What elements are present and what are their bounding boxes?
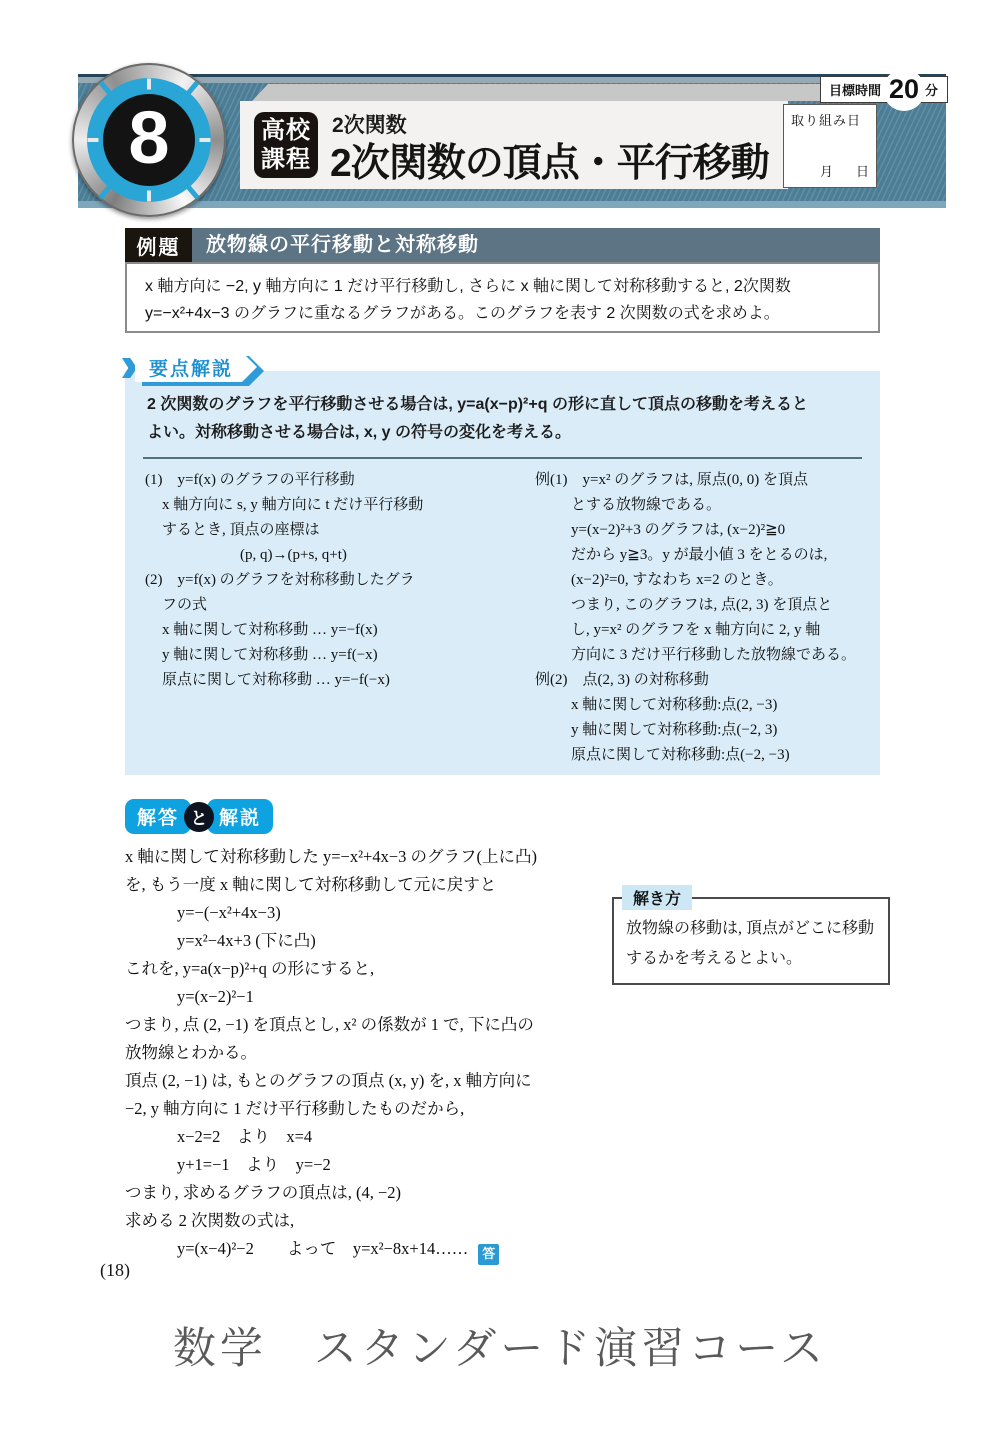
solution-line: 放物線とわかる。 <box>125 1039 880 1067</box>
solution-badge-middle: と <box>184 802 214 832</box>
solution-line: y=(x−2)²−1 <box>125 983 880 1011</box>
key-point-line: するとき, 頂点の座標は <box>145 518 535 543</box>
key-point-line: (x−2)²=0, すなわち x=2 のとき。 <box>535 568 875 593</box>
target-time-unit: 分 <box>925 80 938 99</box>
solution-line: 頂点 (2, −1) は, もとのグラフの頂点 (x, y) を, x 軸方向に <box>125 1067 880 1095</box>
work-date-box: 取り組み日 月 日 <box>783 104 877 188</box>
solution-answer-line: y=(x−4)²−2 よって y=x²−8x+14……答 <box>125 1235 880 1265</box>
key-points-label-text: 要点解説 <box>135 352 257 382</box>
key-point-line: し, y=x² のグラフを x 軸方向に 2, y 軸 <box>535 618 875 643</box>
medal-notch-icon <box>88 138 99 142</box>
work-date-month: 月 <box>820 161 833 180</box>
key-point-line: だから y≧3。y が最小値 3 をとるのは, <box>535 543 875 568</box>
course-name: 数学 スタンダード演習コース <box>0 1315 1000 1376</box>
solution-line: −2, y 軸方向に 1 だけ平行移動したものだから, <box>125 1095 880 1123</box>
target-time-text: 目標時間 <box>829 80 881 99</box>
divider <box>143 457 862 459</box>
lesson-number: 8 <box>128 101 169 179</box>
key-point-line: 例(1) y=x² のグラフは, 原点(0, 0) を頂点 <box>535 468 875 493</box>
key-point-line: x 軸に関して対称移動:点(2, −3) <box>535 693 875 718</box>
key-point-line: x 軸方向に s, y 軸方向に t だけ平行移動 <box>145 493 535 518</box>
lesson-title: 2次関数の頂点・平行移動 <box>330 132 769 188</box>
problem-line: x 軸方向に −2, y 軸方向に 1 だけ平行移動し, さらに x 軸に関して… <box>145 273 860 300</box>
medal-center: 8 <box>103 94 195 186</box>
key-point-line: 方向に 3 だけ平行移動した放物線である。 <box>535 643 875 668</box>
key-point-line: つまり, このグラフは, 点(2, 3) を頂点と <box>535 593 875 618</box>
answer-mark: 答 <box>478 1244 499 1265</box>
solution-badge: 解答 と 解説 <box>125 799 273 834</box>
key-point-line: 原点に関して対称移動:点(−2, −3) <box>535 743 875 768</box>
lesson-number-medal: 8 <box>72 63 226 217</box>
key-points-label: 要点解説 <box>122 352 282 384</box>
example-label: 例題 <box>125 228 192 262</box>
banner-top-strip <box>78 77 946 83</box>
solution-line: を, もう一度 x 軸に関して対称移動して元に戻すと <box>125 871 880 899</box>
medal-notch-icon <box>147 191 151 202</box>
key-point-line: y 軸に関して対称移動:点(−2, 3) <box>535 718 875 743</box>
page-number: (18) <box>100 1260 130 1281</box>
solution-badge-left: 解答 <box>125 799 191 834</box>
solution-line: つまり, 求めるグラフの頂点は, (4, −2) <box>125 1179 880 1207</box>
solution-line: 求める 2 次関数の式は, <box>125 1207 880 1235</box>
hint-box-label: 解き方 <box>622 885 692 910</box>
course-badge-line2: 課程 <box>254 145 318 174</box>
banner-bottom-strip <box>78 201 946 208</box>
problem-line: y=−x²+4x−3 のグラフに重なるグラフがある。このグラフを表す 2 次関数… <box>145 300 860 327</box>
key-point-line: 原点に関して対称移動 … y=−f(−x) <box>145 668 535 693</box>
hint-box: 解き方 放物線の移動は, 頂点がどこに移動するかを考えるとよい。 <box>612 897 890 985</box>
key-point-line: とする放物線である。 <box>535 493 875 518</box>
problem-box: x 軸方向に −2, y 軸方向に 1 だけ平行移動し, さらに x 軸に関して… <box>125 262 880 333</box>
medal-notch-icon <box>147 79 151 90</box>
solution-badge-right: 解説 <box>207 799 273 834</box>
hint-box-text: 放物線の移動は, 頂点がどこに移動するかを考えるとよい。 <box>614 899 888 974</box>
example-title: 放物線の平行移動と対称移動 <box>192 228 880 262</box>
target-time-label: 目標時間 20 分 <box>820 76 948 103</box>
example-header: 例題 放物線の平行移動と対称移動 <box>125 228 880 262</box>
course-badge-line1: 高校 <box>254 116 318 145</box>
key-point-line: (2) y=f(x) のグラフを対称移動したグラ <box>145 568 535 593</box>
key-points-right-column: 例(1) y=x² のグラフは, 原点(0, 0) を頂点 とする放物線である。… <box>535 468 875 768</box>
key-points-intro-line: 2 次関数のグラフを平行移動させる場合は, y=a(x−p)²+q の形に直して… <box>147 391 860 419</box>
key-points-columns: (1) y=f(x) のグラフの平行移動 x 軸方向に s, y 軸方向に t … <box>125 468 880 768</box>
key-point-line: y=(x−2)²+3 のグラフは, (x−2)²≧0 <box>535 518 875 543</box>
target-time-value: 20 <box>883 69 925 111</box>
solution-line: つまり, 点 (2, −1) を頂点とし, x² の係数が 1 で, 下に凸の <box>125 1011 880 1039</box>
course-badge: 高校 課程 <box>254 112 318 178</box>
key-points-intro-line: よい。対称移動させる場合は, x, y の符号の変化を考える。 <box>147 419 860 447</box>
solution-line: y=(x−4)²−2 よって y=x²−8x+14…… <box>177 1239 468 1258</box>
solution-line: x 軸に関して対称移動した y=−x²+4x−3 のグラフ(上に凸) <box>125 843 880 871</box>
key-points-panel: 2 次関数のグラフを平行移動させる場合は, y=a(x−p)²+q の形に直して… <box>125 371 880 775</box>
medal-notch-icon <box>200 138 211 142</box>
key-point-line: (1) y=f(x) のグラフの平行移動 <box>145 468 535 493</box>
work-date-label: 取り組み日 <box>784 105 876 129</box>
work-date-day: 日 <box>856 161 869 180</box>
lesson-title-box: 高校 課程 2次関数 2次関数の頂点・平行移動 <box>240 101 788 189</box>
chevron-right-icon <box>122 358 137 378</box>
key-point-line: 例(2) 点(2, 3) の対称移動 <box>535 668 875 693</box>
solution-line: x−2=2 より x=4 <box>125 1123 880 1151</box>
key-point-line: フの式 <box>145 593 535 618</box>
key-point-line: (p, q)→(p+s, q+t) <box>145 543 535 568</box>
key-point-line: y 軸に関して対称移動 … y=f(−x) <box>145 643 535 668</box>
solution-line: y+1=−1 より y=−2 <box>125 1151 880 1179</box>
key-points-left-column: (1) y=f(x) のグラフの平行移動 x 軸方向に s, y 軸方向に t … <box>145 468 535 768</box>
key-point-line: x 軸に関して対称移動 … y=−f(x) <box>145 618 535 643</box>
